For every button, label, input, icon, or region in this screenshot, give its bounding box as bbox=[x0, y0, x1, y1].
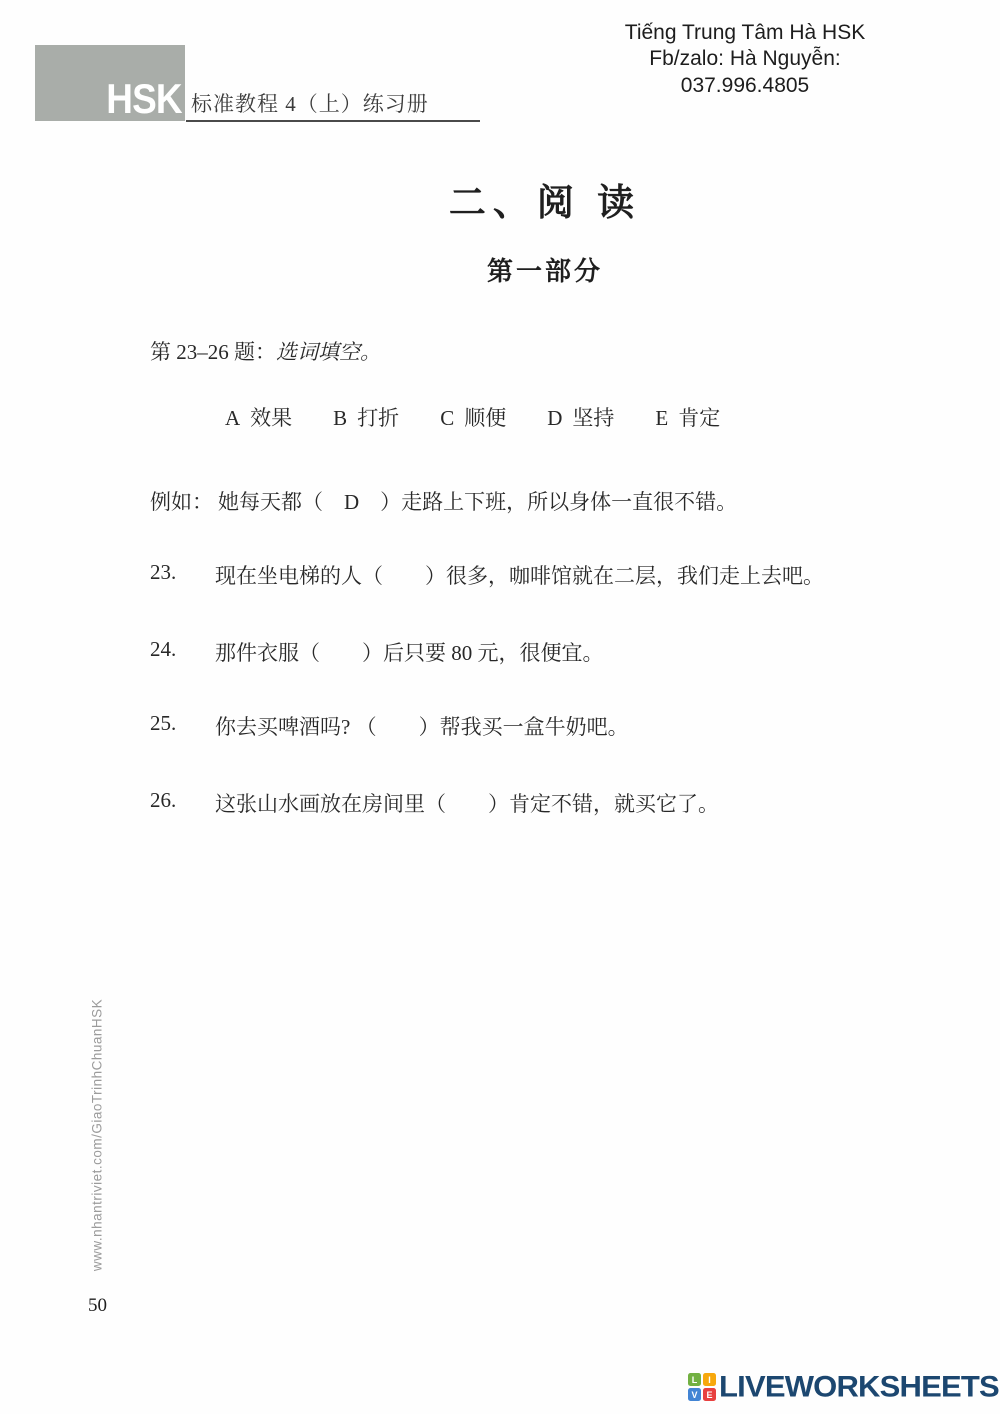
question-24: 24. 那件衣服（ ）后只要 80 元，很便宜。 bbox=[150, 637, 940, 667]
word-options: A效果 B打折 C顺便 D坚持 E肯定 bbox=[225, 402, 940, 432]
main-content: 二、阅 读 第一部分 第 23–26 题：选词填空。 A效果 B打折 C顺便 D… bbox=[150, 0, 940, 818]
option-c-word: 顺便 bbox=[464, 406, 506, 430]
section-title: 二、阅 读 bbox=[150, 172, 940, 226]
instruction-task: 选词填空。 bbox=[276, 340, 381, 364]
option-c: C顺便 bbox=[440, 402, 506, 432]
section-subtitle: 第一部分 bbox=[150, 251, 940, 288]
example-row: 例如： 她每天都（ D ）走路上下班，所以身体一直很不错。 bbox=[150, 486, 940, 516]
liveworksheets-wordmark: LIVEWORKSHEETS bbox=[719, 1370, 999, 1404]
question-26: 26. 这张山水画放在房间里（ ）肯定不错，就买它了。 bbox=[150, 788, 940, 818]
question-24-text: 那件衣服（ ）后只要 80 元，很便宜。 bbox=[215, 637, 604, 667]
question-26-number: 26. bbox=[150, 788, 215, 818]
option-c-letter: C bbox=[440, 406, 454, 430]
question-24-number: 24. bbox=[150, 637, 215, 667]
option-e-word: 肯定 bbox=[678, 406, 720, 430]
tile-e: E bbox=[703, 1388, 716, 1401]
option-b: B打折 bbox=[333, 402, 399, 432]
instruction-line: 第 23–26 题：选词填空。 bbox=[150, 336, 940, 366]
tile-v: V bbox=[688, 1388, 701, 1401]
option-e-letter: E bbox=[655, 406, 668, 430]
example-label: 例如： bbox=[150, 486, 218, 516]
question-26-text: 这张山水画放在房间里（ ）肯定不错，就买它了。 bbox=[215, 788, 719, 818]
page-number: 50 bbox=[88, 1295, 107, 1317]
question-25-text: 你去买啤酒吗? （ ）帮我买一盒牛奶吧。 bbox=[215, 711, 629, 741]
tile-l: L bbox=[688, 1373, 701, 1386]
liveworksheets-tiles-icon: L I V E bbox=[688, 1373, 716, 1401]
instruction-range: 第 23–26 题： bbox=[150, 340, 276, 364]
liveworksheets-logo[interactable]: L I V E LIVEWORKSHEETS bbox=[688, 1369, 999, 1405]
option-e: E肯定 bbox=[655, 402, 720, 432]
example-text: 她每天都（ D ）走路上下班，所以身体一直很不错。 bbox=[218, 486, 737, 516]
side-watermark-url: www.nhantriviet.com/GiaoTrinhChuanHSK bbox=[90, 999, 105, 1271]
option-d: D坚持 bbox=[547, 402, 614, 432]
option-d-letter: D bbox=[547, 406, 562, 430]
workbook-page: HSK 标准教程 4（上）练习册 Tiếng Trung Tâm Hà HSK … bbox=[0, 0, 1000, 1414]
question-23-number: 23. bbox=[150, 560, 215, 590]
option-a: A效果 bbox=[225, 402, 292, 432]
question-23-text: 现在坐电梯的人（ ）很多，咖啡馆就在二层，我们走上去吧。 bbox=[215, 560, 824, 590]
option-a-letter: A bbox=[225, 406, 240, 430]
option-d-word: 坚持 bbox=[572, 406, 614, 430]
question-23: 23. 现在坐电梯的人（ ）很多，咖啡馆就在二层，我们走上去吧。 bbox=[150, 560, 940, 590]
option-b-word: 打折 bbox=[357, 406, 399, 430]
option-a-word: 效果 bbox=[250, 406, 292, 430]
tile-i: I bbox=[703, 1373, 716, 1386]
option-b-letter: B bbox=[333, 406, 347, 430]
question-25: 25. 你去买啤酒吗? （ ）帮我买一盒牛奶吧。 bbox=[150, 711, 940, 741]
question-25-number: 25. bbox=[150, 711, 215, 741]
